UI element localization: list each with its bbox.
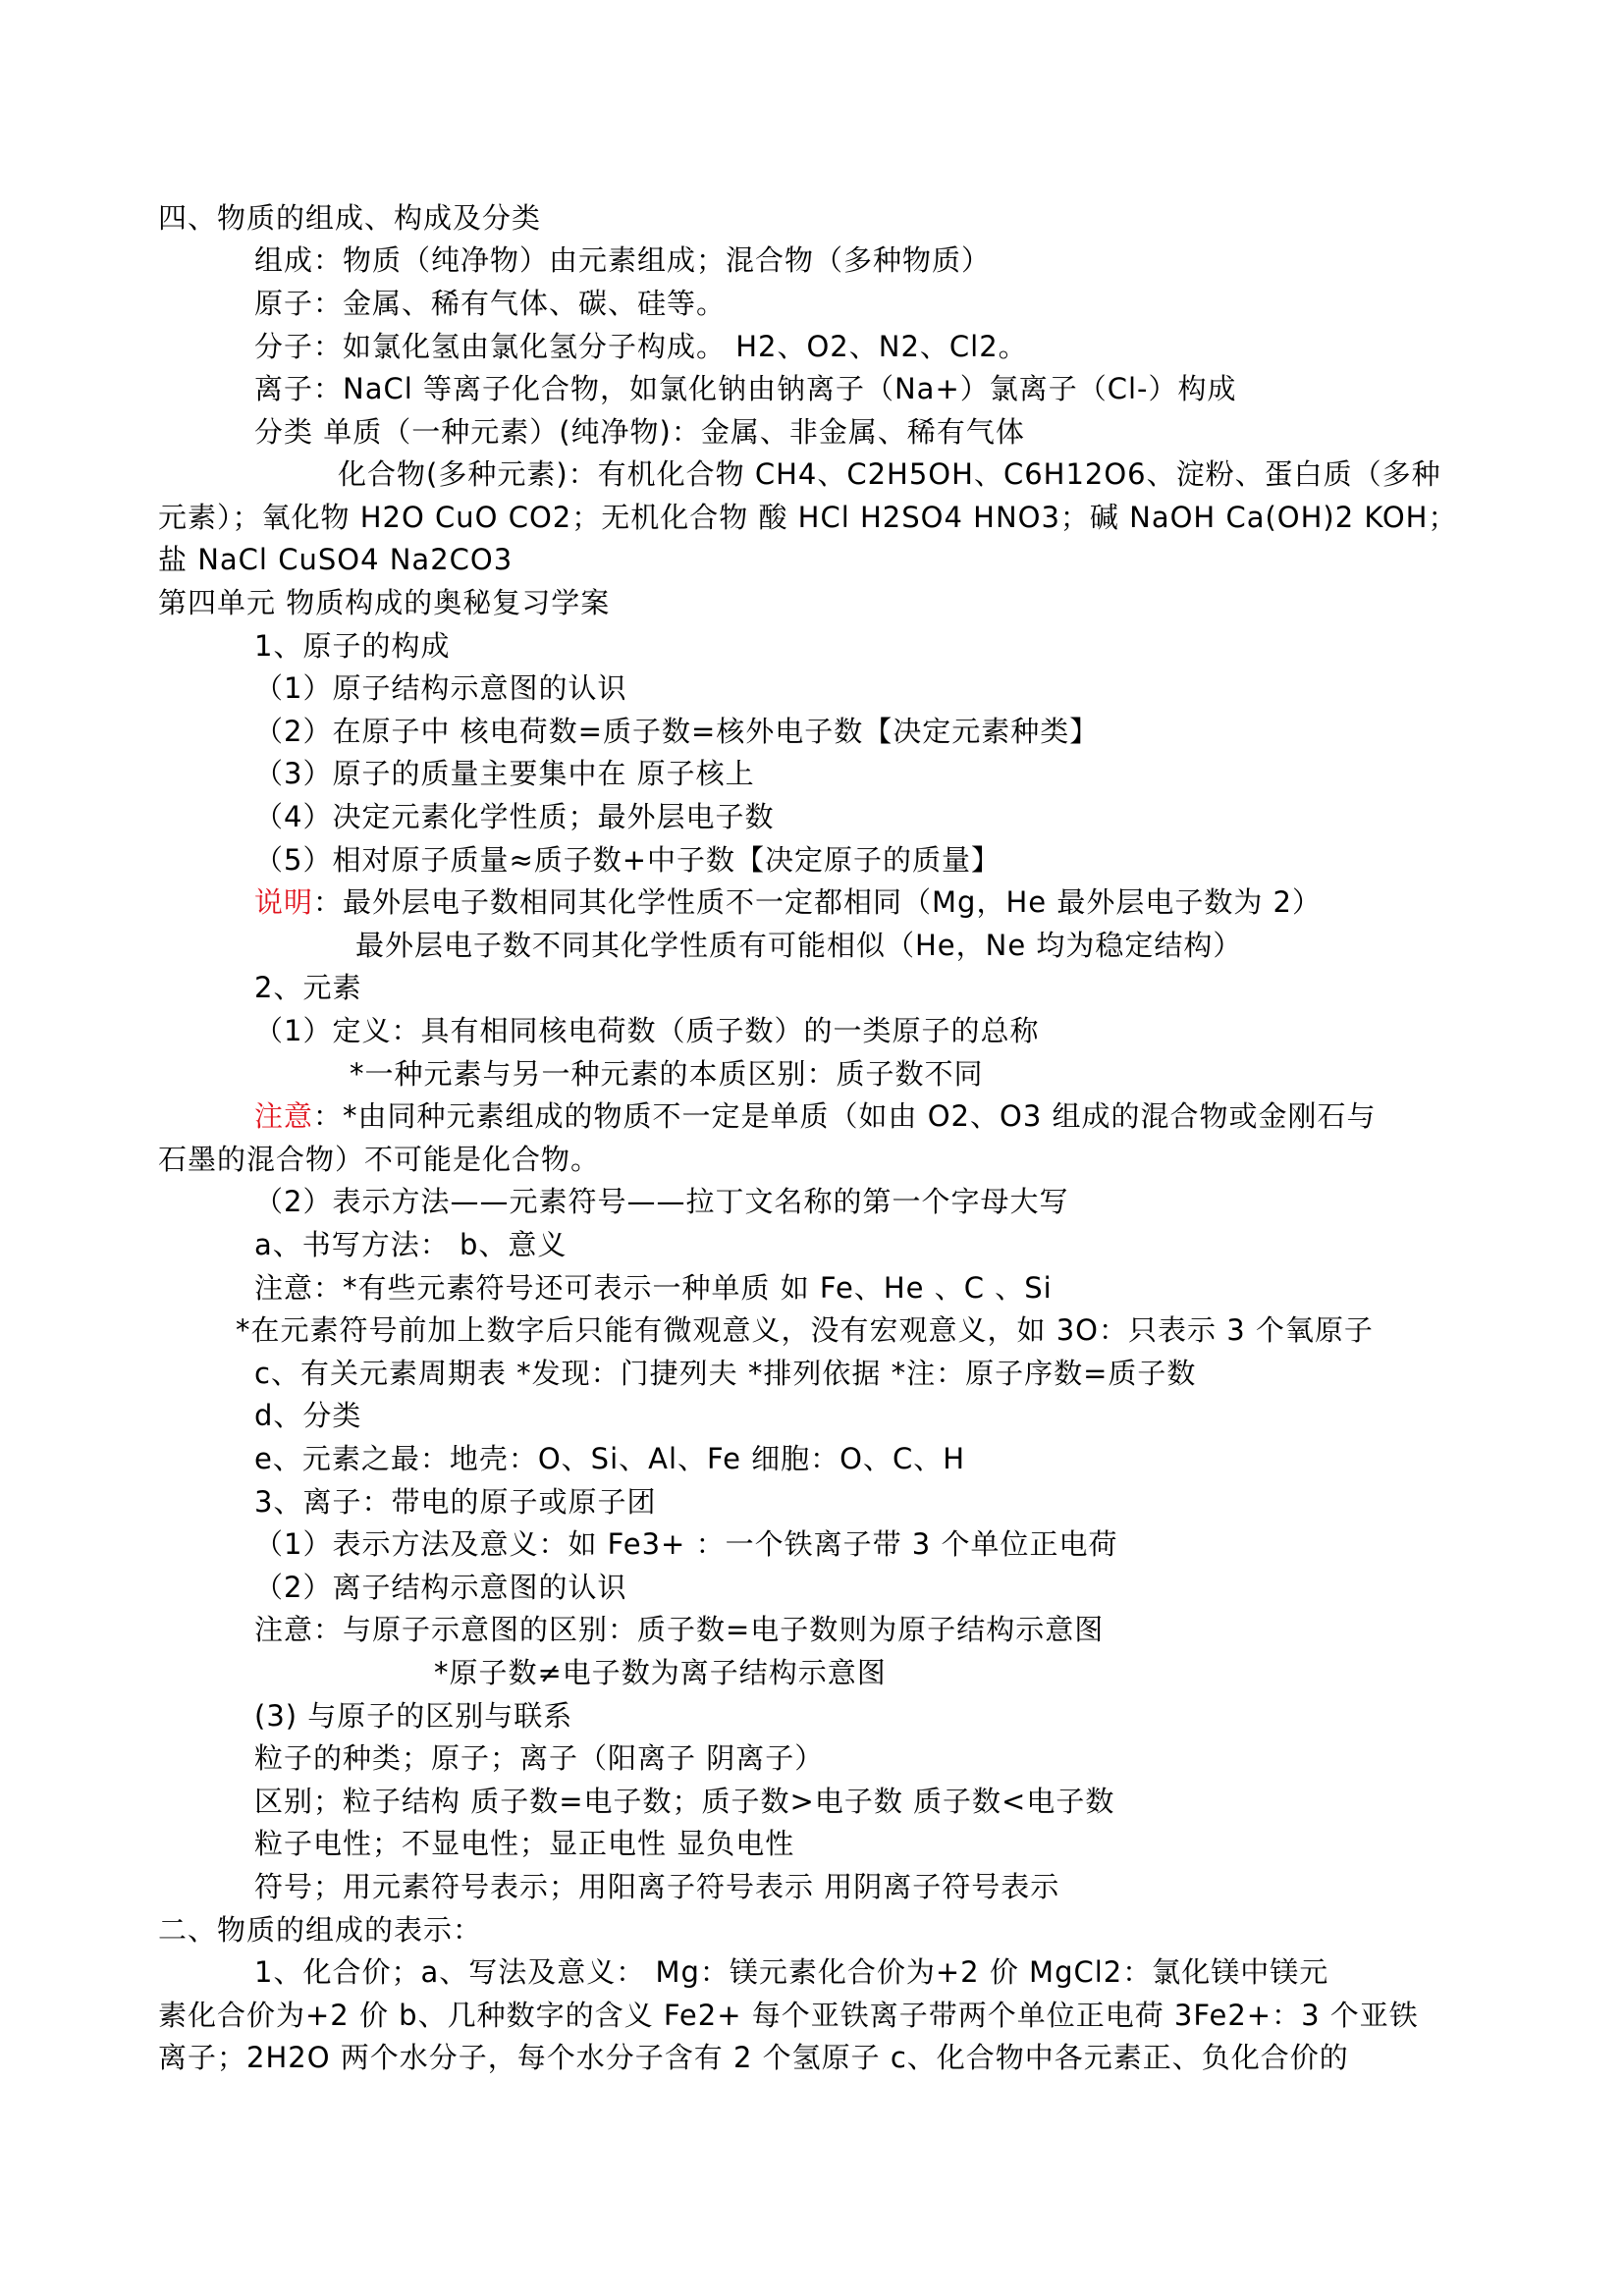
text-line: 原子：金属、稀有气体、碳、硅等。: [254, 284, 726, 323]
text-line: （1）原子结构示意图的认识: [254, 668, 626, 708]
text-line: *在元素符号前加上数字后只能有微观意义，没有宏观意义，如 3O：只表示 3 个氧…: [236, 1310, 1374, 1350]
text-line: 注意：*有些元素符号还可表示一种单质 如 Fe、He 、C 、Si: [254, 1268, 1053, 1308]
text-line: （1）表示方法及意义：如 Fe3+ ：一个铁离子带 3 个单位正电荷: [254, 1524, 1117, 1564]
text-line: c、有关元素周期表 *发现：门捷列夫 *排列依据 *注：原子序数=质子数: [254, 1354, 1196, 1393]
text-line: 区别；粒子结构 质子数=电子数；质子数>电子数 质子数<电子数: [254, 1782, 1114, 1821]
note-line: 注意：*由同种元素组成的物质不一定是单质（如由 O2、O3 组成的混合物或金刚石…: [254, 1096, 1377, 1136]
text-line: 元素）；氧化物 H2O CuO CO2；无机化合物 酸 HCl H2SO4 HN…: [158, 498, 1457, 537]
text-line: （3）原子的质量主要集中在 原子核上: [254, 754, 755, 793]
text-line: 组成：物质（纯净物）由元素组成；混合物（多种物质）: [254, 240, 991, 280]
note-line: 说明：最外层电子数相同其化学性质不一定都相同（Mg，He 最外层电子数为 2）: [254, 882, 1322, 922]
text-line: 盐 NaCl CuSO4 Na2CO3: [158, 540, 513, 579]
text-line: d、分类: [254, 1396, 361, 1435]
text-line: 1、化合价；a、写法及意义： Mg：镁元素化合价为+2 价 MgCl2：氯化镁中…: [254, 1952, 1328, 1992]
text-line: 分类 单质（一种元素）(纯净物)：金属、非金属、稀有气体: [254, 412, 1025, 452]
note-text: ：*由同种元素组成的物质不一定是单质（如由 O2、O3 组成的混合物或金刚石与: [313, 1099, 1377, 1133]
text-line: 符号；用元素符号表示；用阳离子符号表示 用阴离子符号表示: [254, 1867, 1059, 1906]
text-line: （5）相对原子质量≈质子数+中子数【决定原子的质量】: [254, 840, 1001, 880]
note-label-attention: 注意: [254, 1099, 313, 1133]
text-line: 最外层电子数不同其化学性质有可能相似（He，Ne 均为稳定结构）: [355, 926, 1242, 965]
section-heading-representation: 二、物质的组成的表示：: [158, 1910, 482, 1949]
text-line: 离子；2H2O 两个水分子，每个水分子含有 2 个氢原子 c、化合物中各元素正、…: [158, 2038, 1349, 2077]
text-line: 素化合价为+2 价 b、几种数字的含义 Fe2+ 每个亚铁离子带两个单位正电荷 …: [158, 1996, 1419, 2035]
text-line: （2）在原子中 核电荷数=质子数=核外电子数【决定元素种类】: [254, 712, 1099, 751]
text-line: *一种元素与另一种元素的本质区别：质子数不同: [350, 1054, 984, 1094]
text-line: 分子：如氯化氢由氯化氢分子构成。 H2、O2、N2、Cl2。: [254, 327, 1028, 366]
text-line: (3) 与原子的区别与联系: [254, 1696, 572, 1735]
text-line: a、书写方法： b、意义: [254, 1225, 567, 1264]
text-line: 粒子的种类；原子；离子（阳离子 阴离子）: [254, 1738, 824, 1778]
text-line: *原子数≠电子数为离子结构示意图: [434, 1653, 887, 1692]
text-line: 注意：与原子示意图的区别：质子数=电子数则为原子结构示意图: [254, 1610, 1104, 1649]
text-line: e、元素之最：地壳：O、Si、Al、Fe 细胞：O、C、H: [254, 1439, 965, 1478]
document-page: 四、物质的组成、构成及分类 组成：物质（纯净物）由元素组成；混合物（多种物质） …: [0, 0, 1624, 2296]
note-label-explanation: 说明: [254, 885, 313, 919]
text-line: （4）决定元素化学性质；最外层电子数: [254, 797, 774, 836]
text-line: （2）表示方法——元素符号——拉丁文名称的第一个字母大写: [254, 1182, 1068, 1221]
section-heading-composition: 四、物质的组成、构成及分类: [158, 198, 541, 238]
text-line: （1）定义：具有相同核电荷数（质子数）的一类原子的总称: [254, 1011, 1039, 1050]
text-line: 3、离子：带电的原子或原子团: [254, 1482, 656, 1522]
text-line: 离子：NaCl 等离子化合物，如氯化钠由钠离子（Na+）氯离子（Cl-）构成: [254, 369, 1237, 408]
unit-heading: 第四单元 物质构成的奥秘复习学案: [158, 583, 610, 622]
note-text: ：最外层电子数相同其化学性质不一定都相同（Mg，He 最外层电子数为 2）: [313, 885, 1322, 919]
text-line: 粒子电性；不显电性；显正电性 显负电性: [254, 1824, 794, 1863]
text-line: 化合物(多种元素)：有机化合物 CH4、C2H5OH、C6H12O6、淀粉、蛋白…: [338, 454, 1441, 494]
text-line: 2、元素: [254, 968, 361, 1007]
text-line: 1、原子的构成: [254, 626, 450, 666]
text-line: 石墨的混合物）不可能是化合物。: [158, 1140, 600, 1179]
text-line: （2）离子结构示意图的认识: [254, 1568, 626, 1607]
